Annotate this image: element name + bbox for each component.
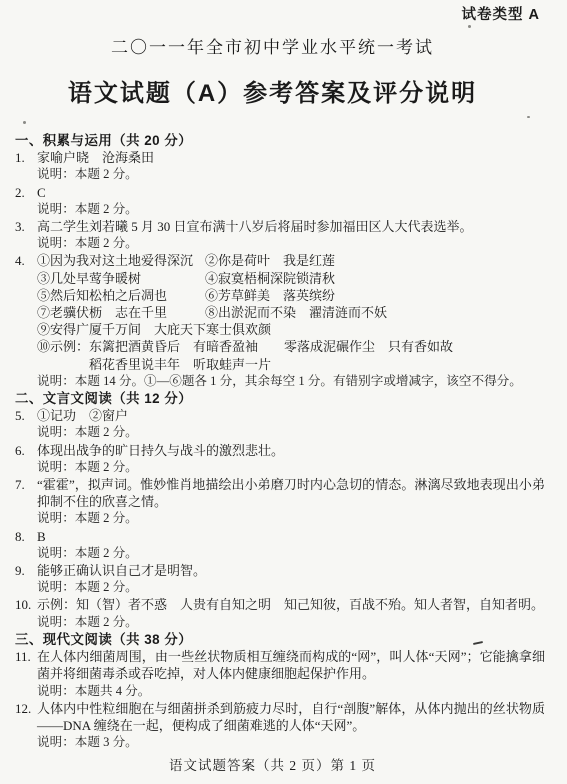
item-number: 8. — [15, 528, 25, 545]
line-text: 体现出战争的旷日持久与战斗的激烈悲壮。 — [37, 443, 284, 458]
answer-item: 7.“霍霍”，拟声词。惟妙惟肖地描绘出小弟磨刀时内心急切的情态。淋漓尽致地表现出… — [15, 476, 545, 510]
line-text: 说明：本题共 4 分。 — [37, 684, 150, 698]
line-text: 能够正确认识自己才是明智。 — [37, 563, 206, 578]
scoring-note: 说明：本题 14 分。①—⑥题各 1 分，其余每空 1 分。有错别字或增减字，该… — [15, 373, 545, 390]
section-heading: 一、积累与运用（共 20 分） — [15, 132, 545, 149]
answer-blank-left: ①因为我对这土地爱得深沉 — [37, 252, 205, 269]
scoring-note: 说明：本题 2 分。 — [15, 614, 545, 631]
document-title: 语文试题（A）参考答案及评分说明 — [0, 73, 545, 108]
item-number: 11. — [15, 648, 31, 665]
page-footer: 语文试题答案（共 2 页）第 1 页 — [0, 754, 545, 774]
line-text: 示例：知（智）者不惑 人贵有自知之明 知己知彼，百战不殆。知人者智，自知者明。 — [37, 597, 544, 612]
line-text: 家喻户晓 沧海桑田 — [37, 150, 154, 165]
scoring-note: 说明：本题 3 分。 — [15, 734, 545, 751]
answer-continuation-indent: 稻花香里说丰年 听取蛙声一片 — [15, 356, 545, 373]
line-text: 二、文言文阅读（共 12 分） — [15, 391, 192, 406]
answer-blank-left: ⑤然后知松柏之后凋也 — [37, 287, 205, 304]
scoring-note: 说明：本题 2 分。 — [15, 459, 545, 476]
exam-answer-sheet-page: 试卷类型 A 二〇一一年全市初中学业水平统一考试 语文试题（A）参考答案及评分说… — [0, 0, 567, 784]
line-text: ⑩示例：东篱把酒黄昏后 有暗香盈袖 零落成泥碾作尘 只有香如故 — [37, 339, 453, 354]
line-text: 三、现代文阅读（共 38 分） — [15, 632, 192, 647]
line-text: 一、积累与运用（共 20 分） — [15, 133, 192, 148]
line-text: 说明：本题 2 分。 — [37, 167, 138, 181]
answer-blank-left: ③几处早莺争暖树 — [37, 270, 205, 287]
scan-speckle — [527, 116, 530, 118]
answer-pair-row: ⑤然后知松柏之后凋也⑥芳草鲜美 落英缤纷 — [15, 287, 545, 304]
line-text: C — [37, 185, 46, 200]
scoring-note: 说明：本题 2 分。 — [15, 201, 545, 218]
answer-item: 1.家喻户晓 沧海桑田 — [15, 149, 545, 166]
scoring-note: 说明：本题共 4 分。 — [15, 683, 545, 700]
answer-item: 10.示例：知（智）者不惑 人贵有自知之明 知己知彼，百战不殆。知人者智，自知者… — [15, 596, 545, 613]
section-heading: 三、现代文阅读（共 38 分） — [15, 631, 545, 648]
scoring-note: 说明：本题 2 分。 — [15, 510, 545, 527]
answer-pair-row: ⑦老骥伏枥 志在千里⑧出淤泥而不染 濯清涟而不妖 — [15, 304, 545, 321]
line-text: 说明：本题 2 分。 — [37, 580, 138, 594]
item-number: 12. — [15, 700, 31, 717]
section-heading: 二、文言文阅读（共 12 分） — [15, 390, 545, 407]
answer-item: 8.B — [15, 528, 545, 545]
line-text: 说明：本题 14 分。①—⑥题各 1 分，其余每空 1 分。有错别字或增减字，该… — [37, 374, 522, 388]
scoring-note: 说明：本题 2 分。 — [15, 166, 545, 183]
scan-speckle — [23, 121, 26, 124]
answer-blank-right: ⑥芳草鲜美 落英缤纷 — [205, 287, 335, 304]
item-number: 7. — [15, 476, 25, 493]
item-number: 6. — [15, 442, 25, 459]
answer-item: 9.能够正确认识自己才是明智。 — [15, 562, 545, 579]
answer-item: 6.体现出战争的旷日持久与战斗的激烈悲壮。 — [15, 442, 545, 459]
answer-pair-row: ③几处早莺争暖树④寂寞梧桐深院锁清秋 — [15, 270, 545, 287]
line-text: ⑨安得广厦千万间 大庇天下寒士俱欢颜 — [37, 322, 271, 337]
line-text: 在人体内细菌周围，由一些丝状物质相互缠绕而构成的“网”，叫人体“天网”；它能擒拿… — [37, 649, 545, 681]
item-number: 1. — [15, 149, 25, 166]
line-text: 说明：本题 2 分。 — [37, 546, 138, 560]
item-number: 2. — [15, 184, 25, 201]
answer-blank-right: ②你是荷叶 我是红莲 — [205, 252, 335, 269]
answer-continuation: ⑩示例：东篱把酒黄昏后 有暗香盈袖 零落成泥碾作尘 只有香如故 — [15, 338, 545, 355]
answer-blank-left: ⑦老骥伏枥 志在千里 — [37, 304, 205, 321]
scoring-note: 说明：本题 2 分。 — [15, 545, 545, 562]
line-text: 高二学生刘若曦 5 月 30 日宣布满十八岁后将届时参加福田区人大代表选举。 — [37, 219, 473, 234]
line-text: 说明：本题 3 分。 — [37, 735, 138, 749]
line-text: 说明：本题 2 分。 — [37, 425, 138, 439]
line-text: 人体内中性粒细胞在与细菌拼杀到筋疲力尽时，自行“剖腹”解体，从体内抛出的丝状物质… — [37, 701, 545, 733]
item-number: 5. — [15, 407, 25, 424]
line-text: “霍霍”，拟声词。惟妙惟肖地描绘出小弟磨刀时内心急切的情态。淋漓尽致地表现出小弟… — [37, 477, 545, 509]
answer-item: 2.C — [15, 184, 545, 201]
line-text: 说明：本题 2 分。 — [37, 236, 138, 250]
exam-title: 二〇一一年全市初中学业水平统一考试 — [0, 33, 545, 58]
line-text: 说明：本题 2 分。 — [37, 460, 138, 474]
answer-continuation: ⑨安得广厦千万间 大庇天下寒士俱欢颜 — [15, 321, 545, 338]
scoring-note: 说明：本题 2 分。 — [15, 424, 545, 441]
line-text: B — [37, 529, 46, 544]
line-text: 稻花香里说丰年 听取蛙声一片 — [89, 357, 271, 372]
answer-blank-right: ⑧出淤泥而不染 濯清涟而不妖 — [205, 304, 387, 321]
item-number: 10. — [15, 596, 31, 613]
answer-pair-row: 4.①因为我对这土地爱得深沉②你是荷叶 我是红莲 — [15, 252, 545, 269]
answer-item: 5.①记功 ②窗户 — [15, 407, 545, 424]
paper-type-label: 试卷类型 A — [462, 3, 541, 24]
item-number: 4. — [15, 252, 25, 269]
scoring-note: 说明：本题 2 分。 — [15, 579, 545, 596]
answer-item: 11.在人体内细菌周围，由一些丝状物质相互缠绕而构成的“网”，叫人体“天网”；它… — [15, 648, 545, 682]
answer-body: 一、积累与运用（共 20 分）1.家喻户晓 沧海桑田说明：本题 2 分。2.C说… — [15, 132, 545, 751]
scoring-note: 说明：本题 2 分。 — [15, 235, 545, 252]
scan-speckle — [468, 25, 471, 28]
line-text: ①记功 ②窗户 — [37, 408, 128, 423]
answer-item: 12.人体内中性粒细胞在与细菌拼杀到筋疲力尽时，自行“剖腹”解体，从体内抛出的丝… — [15, 700, 545, 734]
answer-blank-right: ④寂寞梧桐深院锁清秋 — [205, 270, 335, 287]
line-text: 说明：本题 2 分。 — [37, 202, 138, 216]
answer-item: 3.高二学生刘若曦 5 月 30 日宣布满十八岁后将届时参加福田区人大代表选举。 — [15, 218, 545, 235]
line-text: 说明：本题 2 分。 — [37, 615, 138, 629]
item-number: 9. — [15, 562, 25, 579]
item-number: 3. — [15, 218, 25, 235]
line-text: 说明：本题 2 分。 — [37, 511, 138, 525]
